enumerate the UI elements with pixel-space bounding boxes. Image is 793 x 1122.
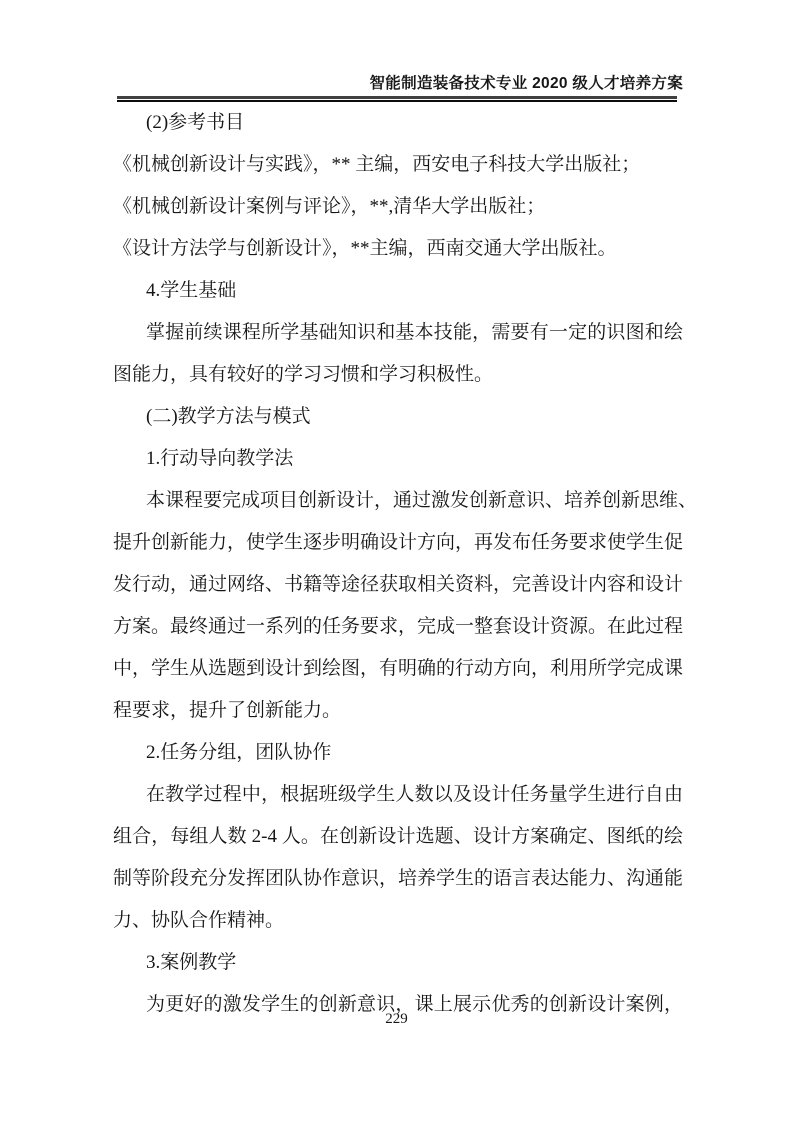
paragraph-line: 发行动，通过网络、书籍等途径获取相关资料，完善设计内容和设计 bbox=[113, 564, 683, 606]
paragraph: 《设计方法学与创新设计》，**主编，西南交通大学出版社。 bbox=[113, 228, 683, 270]
paragraph-line: 本课程要完成项目创新设计，通过激发创新意识、培养创新思维、 bbox=[113, 480, 683, 522]
paragraph-line: 方案。最终通过一系列的任务要求，完成一整套设计资源。在此过程 bbox=[113, 606, 683, 648]
page-number: 229 bbox=[385, 1011, 408, 1027]
paragraph: 在教学过程中，根据班级学生人数以及设计任务量学生进行自由组合，每组人数 2-4 … bbox=[113, 774, 683, 942]
document-page: 智能制造装备技术专业 2020 级人才培养方案 (2)参考书目《机械创新设计与实… bbox=[0, 0, 793, 1122]
paragraph-line: 掌握前续课程所学基础知识和基本技能，需要有一定的识图和绘 bbox=[113, 312, 683, 354]
paragraph-line: 中，学生从选题到设计到绘图，有明确的行动方向，利用所学完成课 bbox=[113, 648, 683, 690]
paragraph-line: 《机械创新设计案例与评论》，**,清华大学出版社； bbox=[113, 186, 683, 228]
page-footer: 229 bbox=[0, 1009, 793, 1029]
paragraph: 本课程要完成项目创新设计，通过激发创新意识、培养创新思维、提升创新能力，使学生逐… bbox=[113, 480, 683, 732]
header-title: 智能制造装备技术专业 2020 级人才培养方案 bbox=[370, 74, 684, 94]
document-body: (2)参考书目《机械创新设计与实践》，** 主编，西安电子科技大学出版社；《机械… bbox=[113, 102, 683, 1026]
paragraph-line: 图能力，具有较好的学习习惯和学习积极性。 bbox=[113, 354, 683, 396]
paragraph-line: 在教学过程中，根据班级学生人数以及设计任务量学生进行自由 bbox=[113, 774, 683, 816]
paragraph-line: 3.案例教学 bbox=[113, 942, 683, 984]
paragraph: 4.学生基础 bbox=[113, 270, 683, 312]
paragraph-line: 程要求，提升了创新能力。 bbox=[113, 690, 683, 732]
paragraph-line: 《设计方法学与创新设计》，**主编，西南交通大学出版社。 bbox=[113, 228, 683, 270]
paragraph: 2.任务分组，团队协作 bbox=[113, 732, 683, 774]
paragraph-line: (2)参考书目 bbox=[113, 102, 683, 144]
paragraph: 《机械创新设计与实践》，** 主编，西安电子科技大学出版社； bbox=[113, 144, 683, 186]
paragraph-line: 力、协队合作精神。 bbox=[113, 900, 683, 942]
paragraph-line: 《机械创新设计与实践》，** 主编，西安电子科技大学出版社； bbox=[113, 144, 683, 186]
paragraph: 《机械创新设计案例与评论》，**,清华大学出版社； bbox=[113, 186, 683, 228]
paragraph: (二)教学方法与模式 bbox=[113, 396, 683, 438]
paragraph-line: (二)教学方法与模式 bbox=[113, 396, 683, 438]
paragraph-line: 1.行动导向教学法 bbox=[113, 438, 683, 480]
paragraph: 掌握前续课程所学基础知识和基本技能，需要有一定的识图和绘图能力，具有较好的学习习… bbox=[113, 312, 683, 396]
paragraph-line: 组合，每组人数 2-4 人。在创新设计选题、设计方案确定、图纸的绘 bbox=[113, 816, 683, 858]
paragraph-line: 提升创新能力，使学生逐步明确设计方向，再发布任务要求使学生促 bbox=[113, 522, 683, 564]
paragraph-line: 4.学生基础 bbox=[113, 270, 683, 312]
paragraph-line: 2.任务分组，团队协作 bbox=[113, 732, 683, 774]
paragraph: (2)参考书目 bbox=[113, 102, 683, 144]
paragraph-line: 制等阶段充分发挥团队协作意识，培养学生的语言表达能力、沟通能 bbox=[113, 858, 683, 900]
paragraph: 1.行动导向教学法 bbox=[113, 438, 683, 480]
paragraph: 3.案例教学 bbox=[113, 942, 683, 984]
